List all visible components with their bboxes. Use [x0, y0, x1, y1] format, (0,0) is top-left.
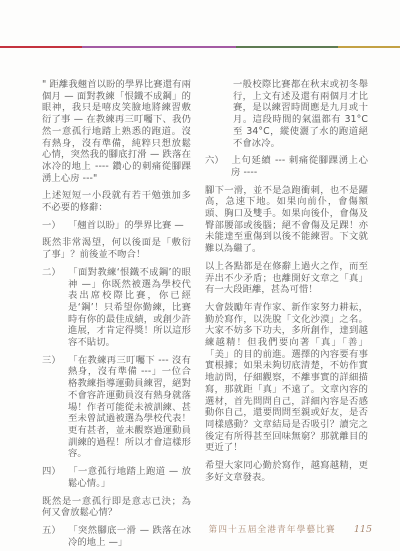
item-number: 一）: [42, 220, 68, 232]
item-number: 三）: [42, 355, 68, 367]
encouragement-paragraph: 大會鼓勵年青作家、新作家努力耕耘，勤於寫作，以洗脫「文化沙漠」之名。大家不妨多下…: [205, 302, 368, 454]
item-number: 四）: [42, 466, 68, 478]
critique-item-5: 五）「突然腳底一滑 — 跌落在冰冷的地上 —」: [42, 525, 191, 548]
document-page: " 距離我翹首以盼的學界比賽還有兩個月 — 面對教練「恨鐵不成鋼」的眼神，我只是…: [0, 0, 400, 551]
critique-item-6: 六）上句延續 --- 刺痛從腳踝湧上心房 ---- 腳下一滑，並不是急跑衝刺，也…: [205, 155, 368, 255]
page-body: " 距離我翹首以盼的學界比賽還有兩個月 — 面對教練「恨鐵不成鋼」的眼神，我只是…: [42, 79, 368, 551]
right-column: 一般校際比賽都在秋末或初冬舉行，上文有述及還有兩個月才比賽，是以練習時間應是九月…: [205, 79, 368, 551]
item-heading: 「在教練再三叮囑下 --- 沒有熱身，沒有準備 ---」一位合格教練指導運動員練…: [68, 355, 191, 460]
critique-item-4: 四）「一意孤行地踏上跑道 — 放鬆心情。」 既然是一意孤行即是意志已決；為何又會…: [42, 466, 191, 519]
item-explanation: 既然是一意孤行即是意志已決；為何又會放鬆心情？: [42, 496, 191, 519]
rule-segment-green: [236, 46, 338, 48]
intro-paragraph: 上述短短一小段就有若干勉強加多不必要的修辭：: [42, 190, 191, 213]
item-number: 二）: [42, 267, 68, 279]
item-heading: 「一意孤行地踏上跑道 — 放鬆心情。」: [68, 466, 191, 489]
page-number: 115: [354, 524, 372, 535]
item-explanation: 腳下一滑，並不是急跑衝刺，也不是躍高，急速下地。如果向前仆，會傷額頭、胸口及雙手…: [205, 185, 368, 255]
summary-paragraph: 以上各點都是在修辭上過火之作，而至弄出不少矛盾；也離開好文章之「真」有一大段距離…: [205, 261, 368, 296]
rule-segment-purple: [82, 46, 236, 48]
item-heading: 上句延續 --- 刺痛從腳踝湧上心房 ----: [231, 155, 368, 178]
closing-paragraph: 希望大家同心勤於寫作，越寫越精，更多好文章發表。: [205, 460, 368, 483]
left-column: " 距離我翹首以盼的學界比賽還有兩個月 — 面對教練「恨鐵不成鋼」的眼神，我只是…: [42, 79, 191, 551]
item-heading: 「翹首以盼」的學界比賽 —: [68, 220, 184, 231]
decorative-color-rule: [0, 46, 400, 48]
critique-item-1: 一）「翹首以盼」的學界比賽 — 既然非常渴望，何以後面是「敷衍了事」？前後並不吻…: [42, 220, 191, 261]
rule-segment-red: [0, 46, 82, 48]
critique-item-2: 二）「面對教練‘恨鐵不成鋼’的眼神 —」你既然被選為學校代表出席校際比賽，你已經…: [42, 267, 191, 349]
item-5-continuation: 一般校際比賽都在秋末或初冬舉行，上文有述及還有兩個月才比賽，是以練習時間應是九月…: [233, 79, 368, 149]
rule-segment-gold: [338, 46, 400, 48]
page-footer: 第四十五屆全港青年學藝比賽 115: [209, 523, 372, 535]
item-number: 五）: [42, 525, 68, 537]
quoted-sample-paragraph: " 距離我翹首以盼的學界比賽還有兩個月 — 面對教練「恨鐵不成鋼」的眼神，我只是…: [42, 79, 191, 184]
item-heading: 「突然腳底一滑 — 跌落在冰冷的地上 —」: [68, 525, 191, 548]
item-explanation: 既然非常渴望，何以後面是「敷衍了事」？前後並不吻合！: [42, 237, 191, 260]
item-heading: 「面對教練‘恨鐵不成鋼’的眼神 —」你既然被選為學校代表出席校際比賽，你已經是‘…: [68, 267, 191, 348]
critique-item-3: 三）「在教練再三叮囑下 --- 沒有熱身，沒有準備 ---」一位合格教練指導運動…: [42, 355, 191, 460]
footer-competition-title: 第四十五屆全港青年學藝比賽: [209, 523, 336, 535]
item-number: 六）: [205, 155, 231, 167]
